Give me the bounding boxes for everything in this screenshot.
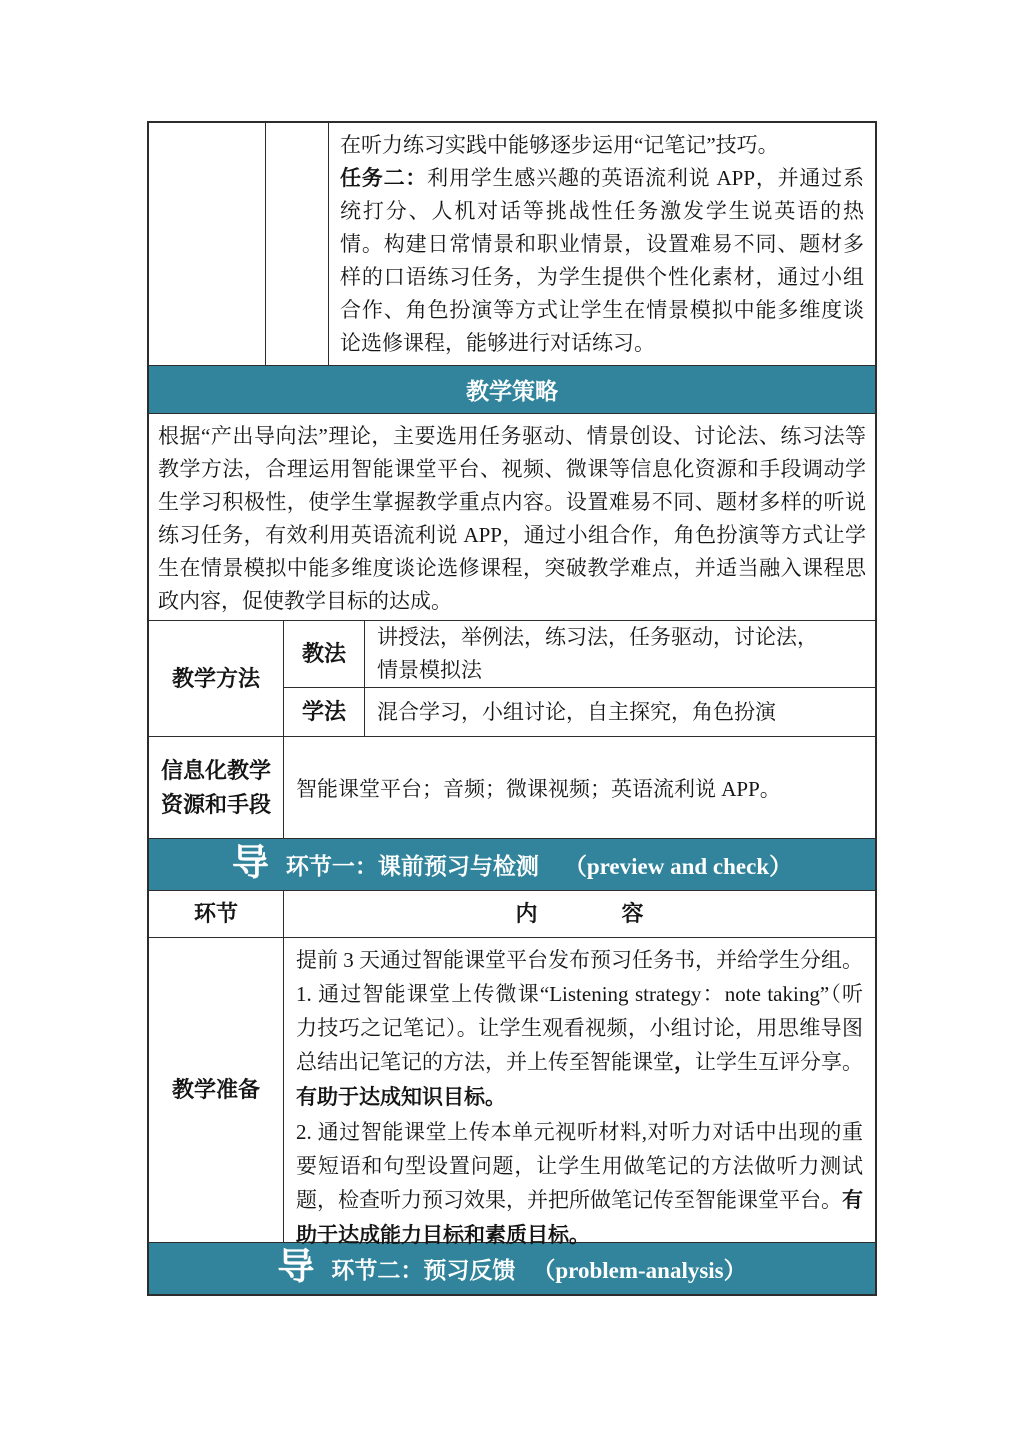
task-paragraph-2: 任务二：利用学生感兴趣的英语流利说 APP，并通过系统打分、人机对话等挑战性任务… <box>340 162 864 360</box>
preparation-paragraph-2: 1. 通过智能课堂上传微课“Listening strategy：note ta… <box>296 977 863 1115</box>
dao-icon: 导 <box>277 1248 314 1285</box>
strategy-body-text: 根据“产出导向法”理论，主要选用任务驱动、情景创设、讨论法、练习法等教学方法，合… <box>149 414 875 624</box>
content-header-char-right: 容 <box>622 897 644 931</box>
task-detail-cell: 在听力练习实践中能够逐步运用“记笔记”技巧。 任务二：利用学生感兴趣的英语流利说… <box>329 123 875 365</box>
lesson-plan-table: 在听力练习实践中能够逐步运用“记笔记”技巧。 任务二：利用学生感兴趣的英语流利说… <box>147 121 877 1296</box>
teaching-methods-sub-table: 教法 讲授法，举例法，练习法，任务驱动，讨论法， 情景模拟法 学法 混合学习，小… <box>284 621 875 736</box>
teach-method-label: 教法 <box>284 621 365 687</box>
preparation-content: 提前 3 天通过智能课堂平台发布预习任务书，并给学生分组。 1. 通过智能课堂上… <box>284 938 875 1242</box>
preparation-paragraph-3: 2. 通过智能课堂上传本单元视听材料,对听力对话中出现的重要短语和句型设置问题，… <box>296 1115 863 1253</box>
document-page: 在听力练习实践中能够逐步运用“记笔记”技巧。 任务二：利用学生感兴趣的英语流利说… <box>0 0 1024 1448</box>
learn-method-row: 学法 混合学习，小组讨论，自主探究，角色扮演 <box>284 687 875 736</box>
preparation-paragraph-1: 提前 3 天通过智能课堂平台发布预习任务书，并给学生分组。 <box>296 943 863 977</box>
learn-method-value: 混合学习，小组讨论，自主探究，角色扮演 <box>365 688 875 736</box>
dao-icon: 导 <box>232 844 269 881</box>
it-resources-row: 信息化教学资源和手段 智能课堂平台；音频；微课视频；英语流利说 APP。 <box>149 736 875 838</box>
strategy-banner: 教学策略 <box>149 365 875 413</box>
teaching-methods-row: 教学方法 教法 讲授法，举例法，练习法，任务驱动，讨论法， 情景模拟法 学法 混… <box>149 620 875 736</box>
strategy-banner-title: 教学策略 <box>466 373 558 406</box>
content-header-phase: 环节 <box>149 891 284 937</box>
teach-method-row: 教法 讲授法，举例法，练习法，任务驱动，讨论法， 情景模拟法 <box>284 621 875 687</box>
content-header-row: 环节 内 容 <box>149 890 875 937</box>
task-continuation-row: 在听力练习实践中能够逐步运用“记笔记”技巧。 任务二：利用学生感兴趣的英语流利说… <box>149 123 875 365</box>
it-resources-label: 信息化教学资源和手段 <box>149 737 284 838</box>
preparation-label: 教学准备 <box>149 938 284 1242</box>
empty-left-cell <box>149 123 266 365</box>
teaching-methods-label: 教学方法 <box>149 621 284 736</box>
it-resources-value: 智能课堂平台；音频；微课视频；英语流利说 APP。 <box>284 737 875 838</box>
task-paragraph-1: 在听力练习实践中能够逐步运用“记笔记”技巧。 <box>340 129 864 162</box>
phase1-title: 环节一：课前预习与检测 <box>286 848 539 881</box>
phase1-subtitle: （preview and check） <box>564 848 792 881</box>
phase2-subtitle: （problem-analysis） <box>532 1252 746 1285</box>
teach-method-value: 讲授法，举例法，练习法，任务驱动，讨论法， 情景模拟法 <box>365 621 875 687</box>
preparation-row: 教学准备 提前 3 天通过智能课堂平台发布预习任务书，并给学生分组。 1. 通过… <box>149 937 875 1242</box>
content-header-label: 内 容 <box>284 891 875 937</box>
strategy-row: 根据“产出导向法”理论，主要选用任务驱动、情景创设、讨论法、练习法等教学方法，合… <box>149 413 875 620</box>
phase1-banner: 导 环节一：课前预习与检测 （preview and check） <box>149 838 875 890</box>
phase2-title: 环节二：预习反馈 <box>331 1252 515 1285</box>
empty-mid-cell <box>266 123 329 365</box>
learn-method-label: 学法 <box>284 688 365 736</box>
content-header-char-left: 内 <box>515 897 537 931</box>
